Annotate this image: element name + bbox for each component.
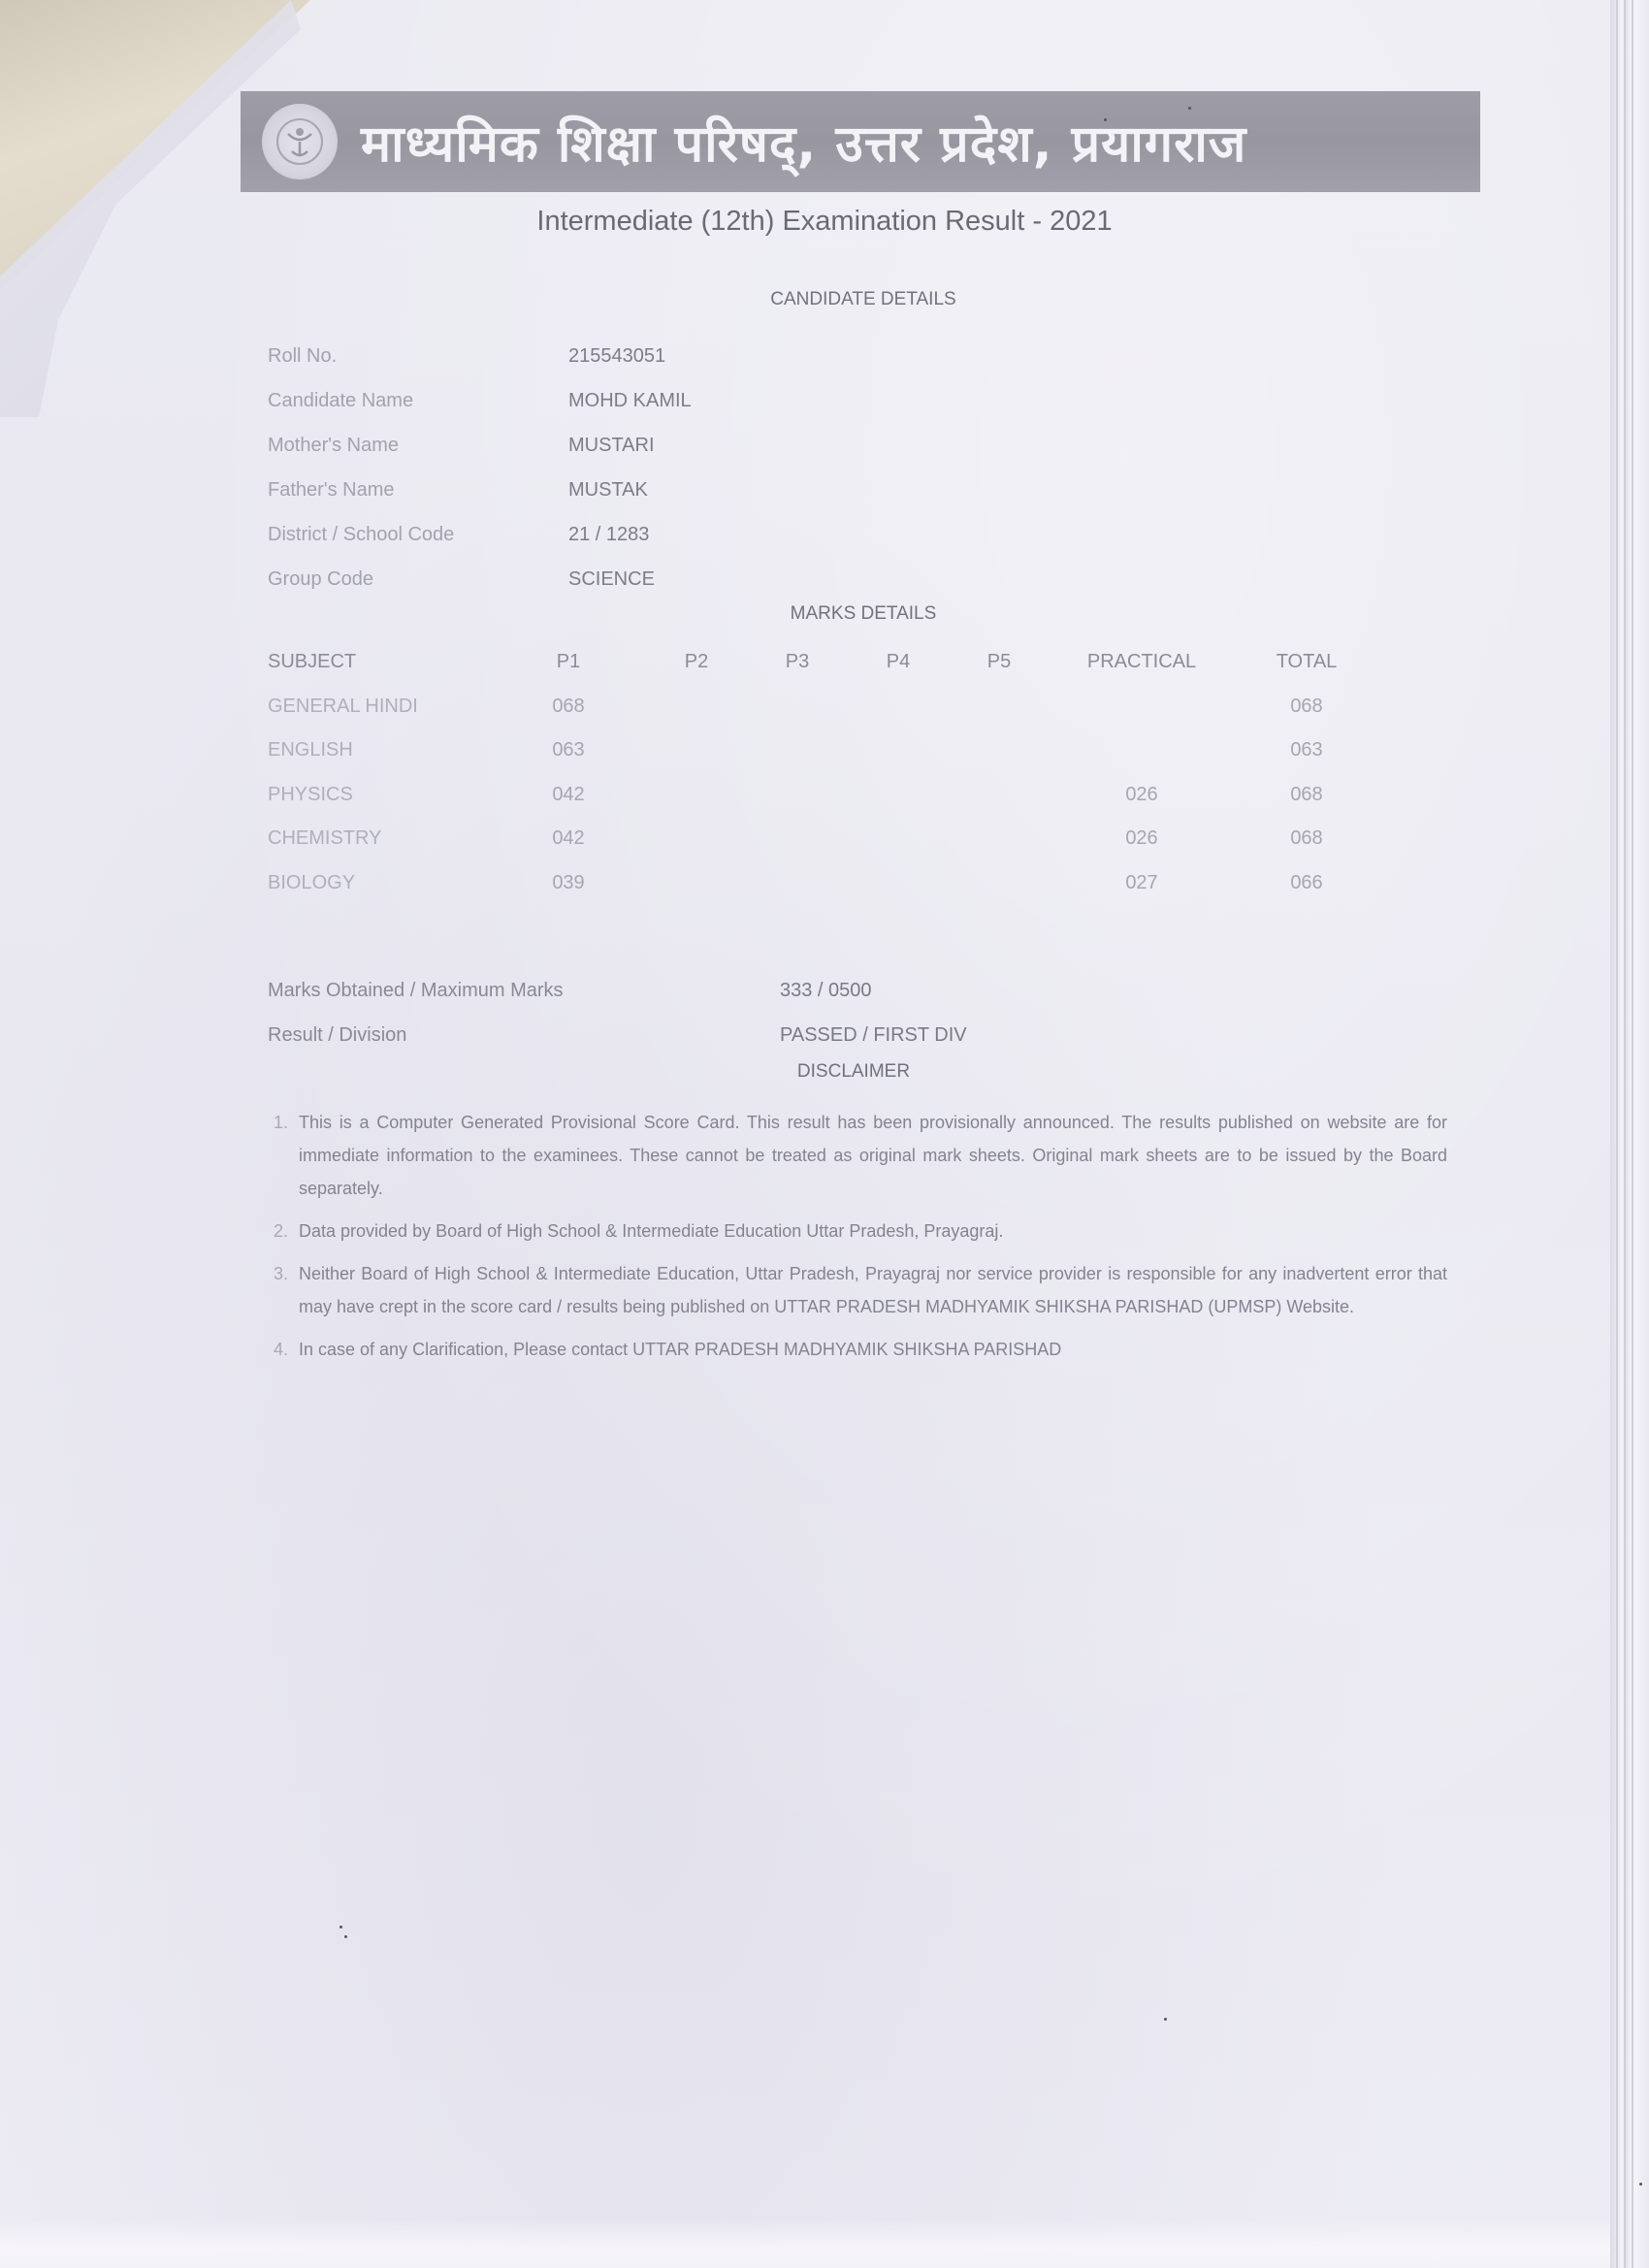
marks-table-header: SUBJECTP1P2P3P4P5PRACTICALTOTAL — [268, 640, 1379, 685]
board-name-hindi: माध्यमिक शिक्षा परिषद्, उत्तर प्रदेश, प्… — [361, 108, 1246, 177]
marks-cell-subject: BIOLOGY — [268, 872, 491, 894]
column-header-practical: PRACTICAL — [1050, 651, 1234, 673]
candidate-field-row: Group CodeSCIENCE — [268, 557, 692, 601]
disclaimer-item-text: This is a Computer Generated Provisional… — [299, 1106, 1447, 1205]
scan-speck — [1188, 107, 1191, 110]
candidate-field-value: MUSTARI — [568, 435, 655, 457]
candidate-field-label: Roll No. — [268, 345, 568, 368]
marks-table-body: GENERAL HINDI068068ENGLISH063063PHYSICS0… — [268, 685, 1379, 906]
marks-cell-p1: 042 — [491, 784, 646, 806]
marks-cell-total: 068 — [1234, 784, 1379, 806]
paper-bottom-edge — [0, 2219, 1610, 2268]
marks-details-heading: MARKS DETAILS — [679, 603, 1048, 625]
marks-cell-total: 068 — [1234, 696, 1379, 718]
column-header-p4: P4 — [848, 651, 949, 673]
candidate-details-table: Roll No.215543051Candidate NameMOHD KAMI… — [268, 334, 692, 601]
candidate-field-value: MUSTAK — [568, 479, 648, 502]
scan-speck — [1164, 2018, 1167, 2021]
marks-row: GENERAL HINDI068068 — [268, 685, 1379, 729]
disclaimer-item: 4.In case of any Clarification, Please c… — [274, 1333, 1447, 1366]
page-edge-line — [1632, 0, 1633, 2268]
candidate-field-row: Mother's NameMUSTARI — [268, 423, 692, 468]
disclaimer-item-number: 1. — [274, 1106, 299, 1205]
marks-cell-total: 068 — [1234, 827, 1379, 850]
candidate-field-value: 215543051 — [568, 345, 665, 368]
candidate-details-heading: CANDIDATE DETAILS — [679, 289, 1048, 310]
marks-cell-subject: PHYSICS — [268, 784, 491, 806]
candidate-field-label: Candidate Name — [268, 390, 568, 412]
disclaimer-item-text: Data provided by Board of High School & … — [299, 1215, 1003, 1247]
marks-obtained-value: 333 / 0500 — [780, 980, 872, 1002]
marks-row: CHEMISTRY042026068 — [268, 817, 1379, 861]
candidate-field-value: MOHD KAMIL — [568, 390, 692, 412]
marks-cell-subject: CHEMISTRY — [268, 827, 491, 850]
scan-speck — [339, 1926, 342, 1928]
candidate-field-label: District / School Code — [268, 524, 568, 546]
marks-row: BIOLOGY039027066 — [268, 861, 1379, 906]
marks-cell-practical: 027 — [1050, 872, 1234, 894]
candidate-field-value: 21 / 1283 — [568, 524, 649, 546]
scan-speck — [1639, 2183, 1642, 2186]
disclaimer-item-text: In case of any Clarification, Please con… — [299, 1333, 1061, 1366]
stacked-page-edges — [1610, 0, 1649, 2268]
marks-table: SUBJECTP1P2P3P4P5PRACTICALTOTAL GENERAL … — [268, 640, 1379, 905]
marks-row: ENGLISH063063 — [268, 729, 1379, 773]
candidate-field-row: Roll No.215543051 — [268, 334, 692, 378]
column-header-p5: P5 — [949, 651, 1050, 673]
marks-cell-p1: 039 — [491, 872, 646, 894]
candidate-field-row: Father's NameMUSTAK — [268, 468, 692, 512]
exam-title: Intermediate (12th) Examination Result -… — [0, 206, 1649, 238]
column-header-p3: P3 — [747, 651, 848, 673]
page-edge-line — [1616, 0, 1618, 2268]
marks-cell-subject: ENGLISH — [268, 739, 491, 761]
marks-cell-p1: 063 — [491, 739, 646, 761]
marks-cell-subject: GENERAL HINDI — [268, 696, 491, 718]
disclaimer-item: 1.This is a Computer Generated Provision… — [274, 1106, 1447, 1205]
marks-cell-p1: 068 — [491, 696, 646, 718]
marks-cell-total: 066 — [1234, 872, 1379, 894]
candidate-field-label: Father's Name — [268, 479, 568, 502]
disclaimer-item-number: 4. — [274, 1333, 299, 1366]
candidate-field-label: Group Code — [268, 568, 568, 591]
disclaimer-list: 1.This is a Computer Generated Provision… — [274, 1106, 1447, 1376]
disclaimer-item: 2.Data provided by Board of High School … — [274, 1215, 1447, 1247]
candidate-field-value: SCIENCE — [568, 568, 655, 591]
marks-cell-p1: 042 — [491, 827, 646, 850]
scan-speck — [1104, 118, 1107, 121]
result-summary: Marks Obtained / Maximum Marks 333 / 050… — [268, 968, 967, 1057]
candidate-field-row: District / School Code21 / 1283 — [268, 512, 692, 557]
result-division-value: PASSED / FIRST DIV — [780, 1024, 967, 1047]
marks-obtained-row: Marks Obtained / Maximum Marks 333 / 050… — [268, 968, 967, 1013]
marks-cell-practical: 026 — [1050, 784, 1234, 806]
emblem-glyph-icon — [275, 116, 325, 167]
marks-row: PHYSICS042026068 — [268, 773, 1379, 818]
disclaimer-item-number: 2. — [274, 1215, 299, 1247]
column-header-p2: P2 — [646, 651, 747, 673]
column-header-p1: P1 — [491, 651, 646, 673]
result-division-row: Result / Division PASSED / FIRST DIV — [268, 1013, 967, 1057]
marks-cell-practical: 026 — [1050, 827, 1234, 850]
candidate-field-label: Mother's Name — [268, 435, 568, 457]
candidate-field-row: Candidate NameMOHD KAMIL — [268, 378, 692, 423]
scan-speck — [344, 1935, 347, 1938]
column-header-total: TOTAL — [1234, 651, 1379, 673]
marks-cell-total: 063 — [1234, 739, 1379, 761]
page-edge-line — [1624, 0, 1626, 2268]
result-division-label: Result / Division — [268, 1024, 780, 1047]
disclaimer-item: 3.Neither Board of High School & Interme… — [274, 1257, 1447, 1323]
disclaimer-heading: DISCLAIMER — [679, 1061, 1028, 1083]
marks-obtained-label: Marks Obtained / Maximum Marks — [268, 980, 780, 1002]
up-emblem-icon — [262, 104, 338, 179]
disclaimer-item-text: Neither Board of High School & Intermedi… — [299, 1257, 1447, 1323]
board-header-banner: माध्यमिक शिक्षा परिषद्, उत्तर प्रदेश, प्… — [241, 91, 1480, 192]
column-header-subject: SUBJECT — [268, 651, 491, 673]
disclaimer-item-number: 3. — [274, 1257, 299, 1323]
